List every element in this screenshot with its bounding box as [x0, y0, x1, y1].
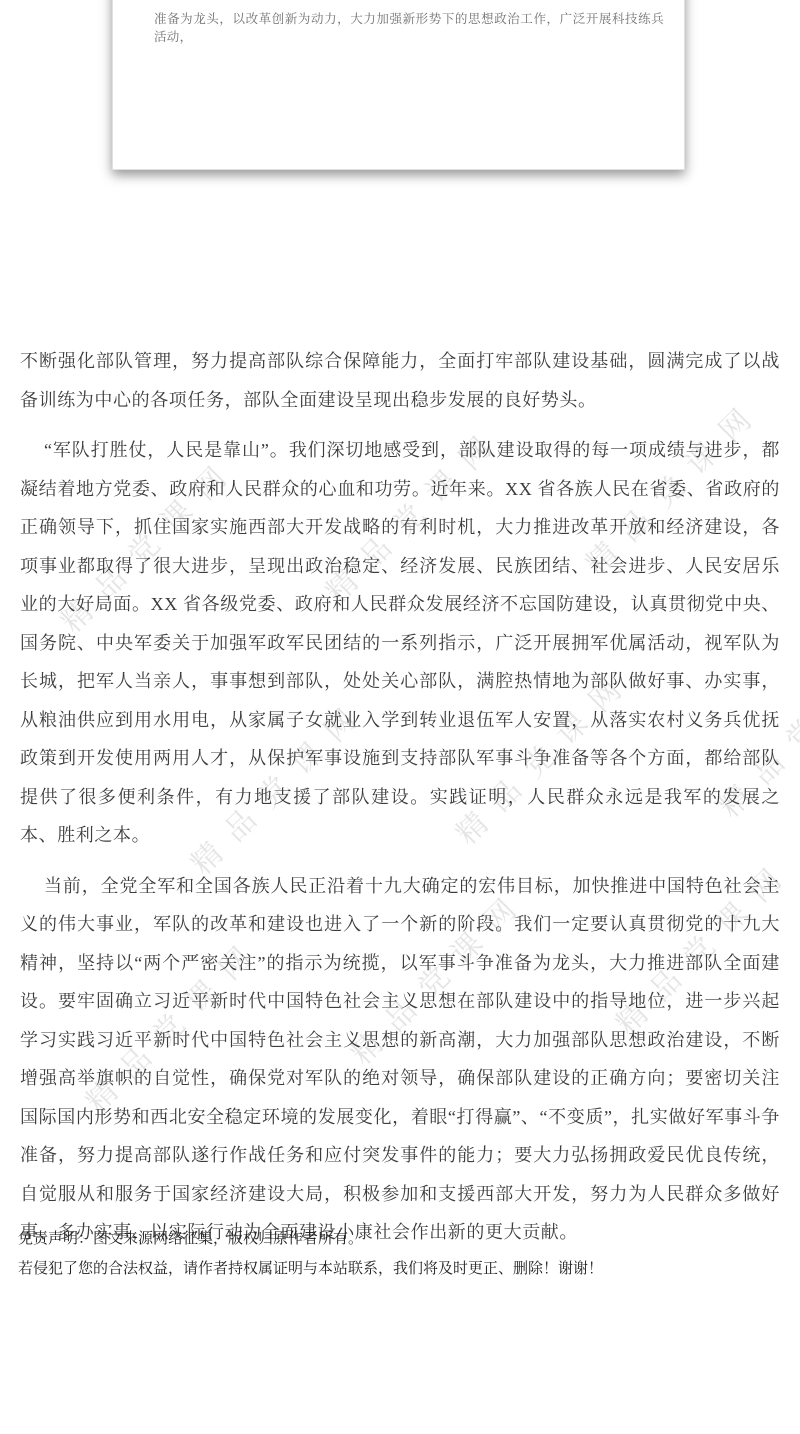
disclaimer-line-2: 若侵犯了您的合法权益，请作者持权属证明与本站联系，我们将及时更正、删除！谢谢！	[18, 1254, 782, 1284]
paragraph-2: “军队打胜仗，人民是靠山”。我们深切地感受到，部队建设取得的每一项成绩与进步，都…	[20, 431, 780, 855]
page: 精品党课网 精品党课网 精品党课网 精品党课网 精品党课网 精品党课网 精品党课…	[0, 0, 800, 1434]
document-preview-card: 准备为龙头，以改革创新为动力，大力加强新形势下的思想政治工作，广泛开展科技练兵活…	[112, 0, 685, 170]
document-body: 不断强化部队管理，努力提高部队综合保障能力，全面打牢部队建设基础，圆满完成了以战…	[0, 342, 800, 1264]
disclaimer-line-1: 免责声明：图文来源网络征集，版权归原作者所有。	[18, 1224, 782, 1254]
paragraph-1: 不断强化部队管理，努力提高部队综合保障能力，全面打牢部队建设基础，圆满完成了以战…	[20, 342, 780, 419]
disclaimer: 免责声明：图文来源网络征集，版权归原作者所有。 若侵犯了您的合法权益，请作者持权…	[0, 1224, 800, 1284]
paragraph-3: 当前，全党全军和全国各族人民正沿着十九大确定的宏伟目标，加快推进中国特色社会主义…	[20, 867, 780, 1252]
preview-card-text: 准备为龙头，以改革创新为动力，大力加强新形势下的思想政治工作，广泛开展科技练兵活…	[113, 0, 684, 46]
